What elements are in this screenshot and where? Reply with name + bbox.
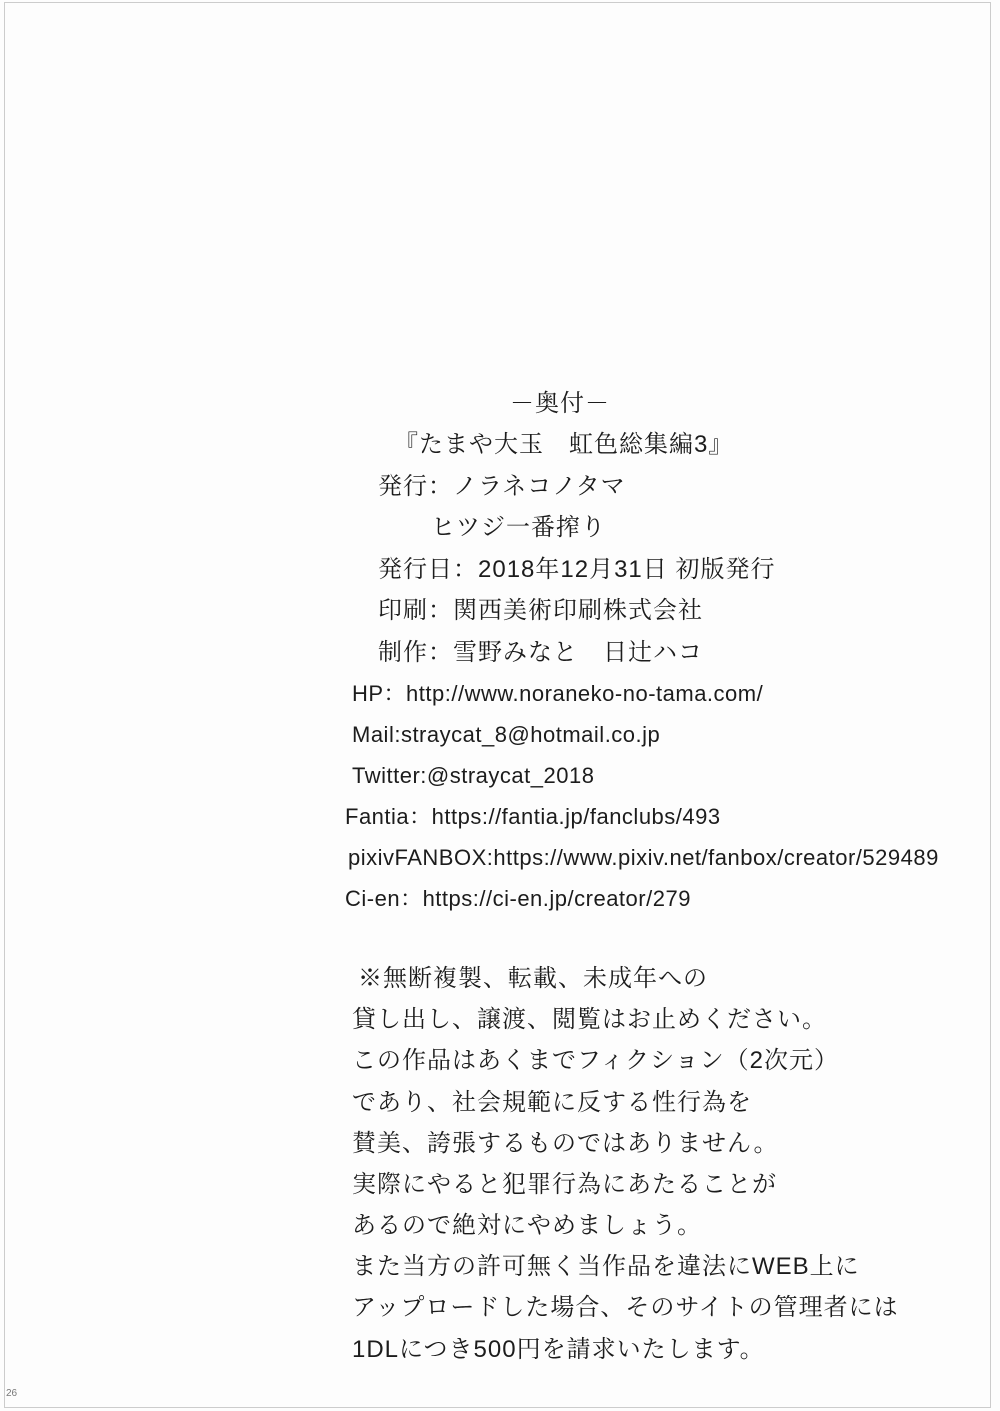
- fantia-url: Fantia：https://fantia.jp/fanclubs/493: [345, 806, 721, 828]
- disclaimer-line: アップロードした場合、そのサイトの管理者には: [352, 1296, 899, 1320]
- disclaimer-line: 賛美、誇張するものではありません。: [352, 1132, 778, 1156]
- disclaimer-line: 貸し出し、譲渡、閲覧はお止めください。: [352, 1008, 827, 1032]
- page-number: 26: [6, 1389, 17, 1399]
- disclaimer-line: ※無断複製、転載、未成年への: [358, 967, 708, 991]
- homepage-url: HP：http://www.noraneko-no-tama.com/: [352, 683, 763, 705]
- disclaimer-line: この作品はあくまでフィクション（2次元）: [352, 1049, 839, 1073]
- twitter-handle: Twitter:@straycat_2018: [352, 765, 594, 787]
- pixiv-fanbox-url: pixivFANBOX:https://www.pixiv.net/fanbox…: [348, 847, 939, 869]
- circle-second-line: ヒツジ一番搾り: [431, 516, 606, 540]
- disclaimer-line: 実際にやると犯罪行為にあたることが: [352, 1173, 777, 1197]
- ci-en-url: Ci-en：https://ci-en.jp/creator/279: [345, 888, 691, 910]
- disclaimer-line: であり、社会規範に反する性行為を: [352, 1091, 752, 1115]
- publish-date-line: 発行日：2018年12月31日 初版発行: [378, 558, 775, 582]
- disclaimer-line: あるので絶対にやめましょう。: [352, 1214, 702, 1238]
- disclaimer-line: また当方の許可無く当作品を違法にWEB上に: [352, 1255, 860, 1279]
- production-line: 制作：雪野みなと 日辻ハコ: [378, 641, 703, 665]
- book-title: 『たまや大玉 虹色総集編3』: [394, 433, 733, 457]
- colophon-header: －奥付－: [510, 392, 610, 416]
- colophon-page: －奥付－ 『たまや大玉 虹色総集編3』 発行：ノラネコノタマ ヒツジ一番搾り 発…: [0, 0, 1000, 1411]
- disclaimer-line: 1DLにつき500円を請求いたします。: [352, 1338, 765, 1362]
- printer-line: 印刷：関西美術印刷株式会社: [378, 599, 703, 623]
- publisher-line: 発行：ノラネコノタマ: [378, 475, 626, 499]
- mail-address: Mail:straycat_8@hotmail.co.jp: [352, 724, 660, 746]
